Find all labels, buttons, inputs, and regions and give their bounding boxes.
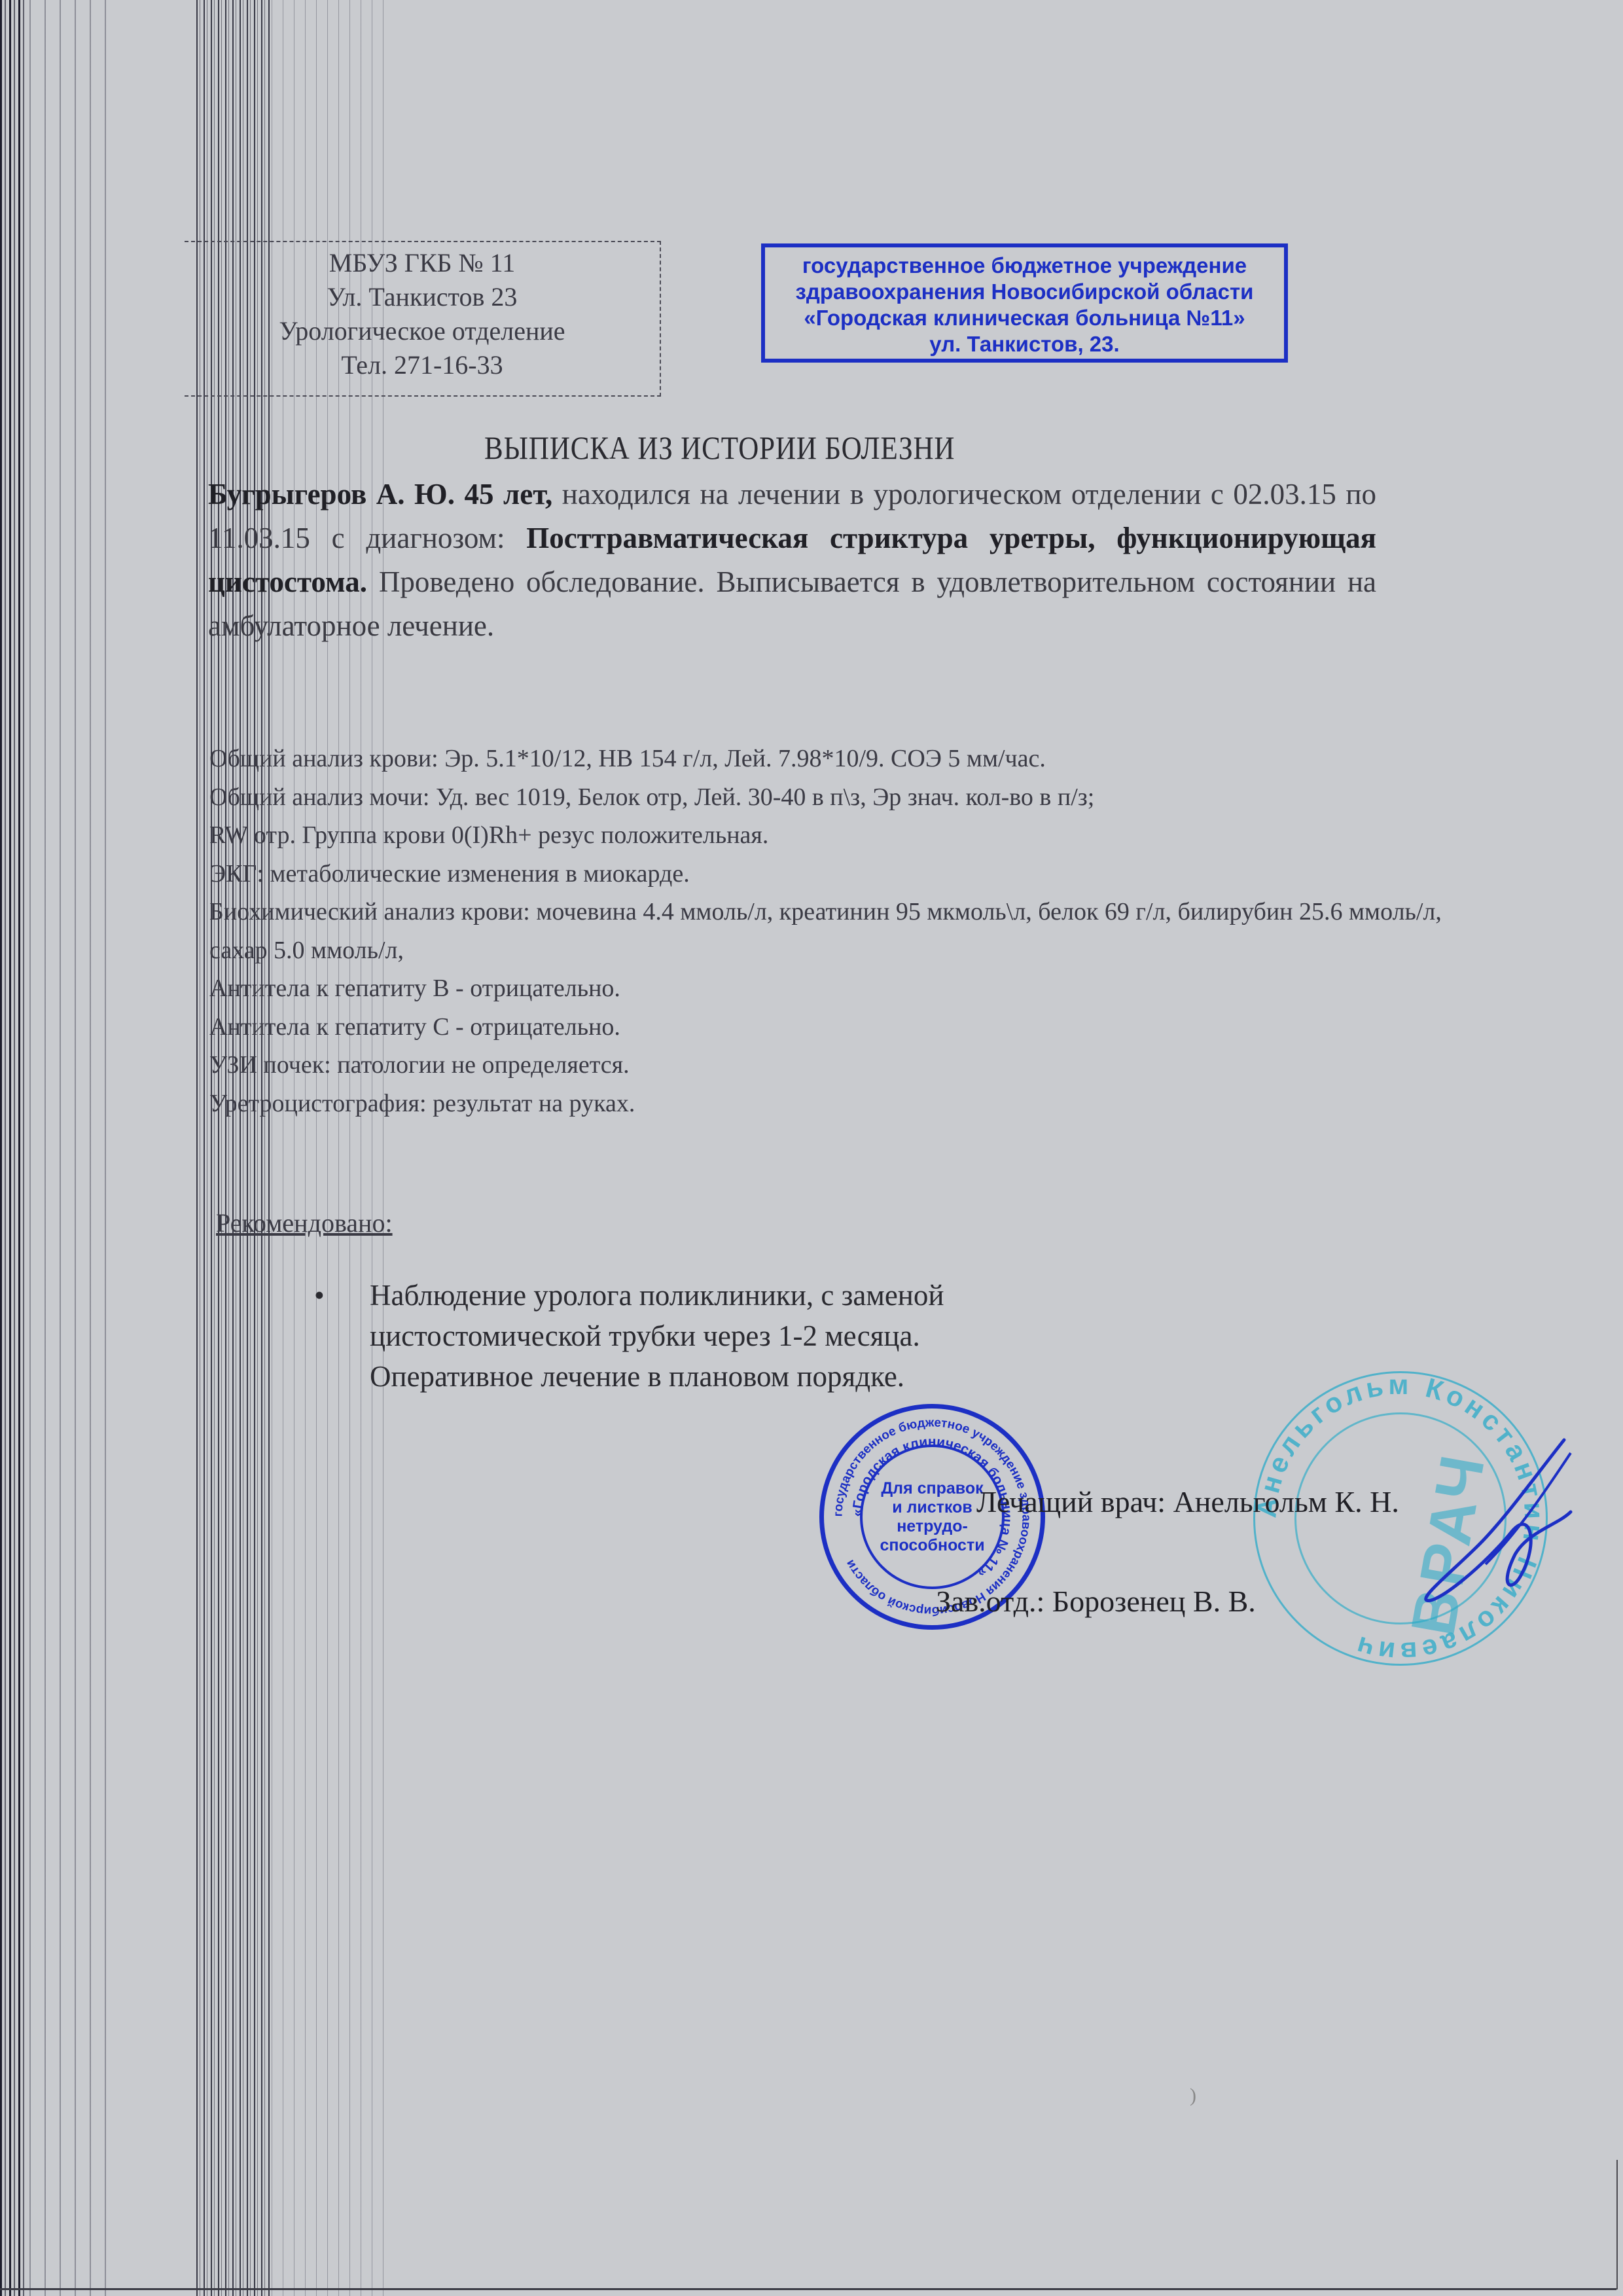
institution-stamp-line: ул. Танкистов, 23. [765,331,1284,357]
department-stamp: МБУЗ ГКБ № 11 Ул. Танкистов 23 Урологиче… [185,241,661,397]
document-title: ВЫПИСКА ИЗ ИСТОРИИ БОЛЕЗНИ [484,429,955,467]
recommendations-list: • Наблюдение уролога поликлиники, с заме… [314,1275,1165,1397]
stamp-center-line: и листков [880,1498,984,1517]
bullet-icon: • [314,1275,325,1316]
intro-paragraph: Бугрыгеров А. Ю. 45 лет, находился на ле… [208,473,1376,648]
recommendations-title: Рекомендовано: [216,1208,393,1238]
lab-line: ЭКГ: метаболические изменения в миокарде… [209,855,1505,893]
lab-line: Общий анализ крови: Эр. 5.1*10/12, НВ 15… [209,740,1505,778]
intro-text: Проведено обследование. Выписывается в у… [208,565,1376,642]
recommendation-text: цистостомической трубки через 1-2 месяца… [370,1319,920,1352]
page-edge [1616,2160,1618,2289]
scan-mark: ) [1190,2085,1196,2107]
department-head-signature-line: Зав.отд.: Борозенец В. В. [936,1584,1256,1619]
recommendation-item-continued: цистостомической трубки через 1-2 месяца… [314,1316,1165,1356]
lab-results: Общий анализ крови: Эр. 5.1*10/12, НВ 15… [209,740,1505,1122]
stamp-center-line: Для справок [880,1479,984,1498]
recommendation-item: Оперативное лечение в плановом порядке. [314,1356,1165,1397]
institution-stamp-line: государственное бюджетное учреждение [765,253,1284,279]
lab-line: Уретроцистография: результат на руках. [209,1085,1505,1123]
attending-doctor-signature-line: Лечащий врач: Анельгольм К. Н. [976,1484,1399,1519]
handwritten-signature-icon [1407,1433,1577,1630]
recommendation-item: • Наблюдение уролога поликлиники, с заме… [314,1275,1165,1316]
stamp-center-line: способности [880,1536,984,1555]
lab-line: Общий анализ мочи: Уд. вес 1019, Белок о… [209,778,1407,817]
department-stamp-line: Ул. Танкистов 23 [185,280,660,314]
department-stamp-line: Тел. 271-16-33 [185,348,660,382]
lab-line: RW отр. Группа крови 0(I)Rh+ резус полож… [209,816,1505,855]
stamp-center-line: нетрудо- [880,1517,984,1536]
lab-line: Антитела к гепатиту В - отрицательно. [209,969,1505,1008]
institution-stamp: государственное бюджетное учреждение здр… [761,243,1288,363]
recommendation-text: Оперативное лечение в плановом порядке. [370,1360,904,1393]
department-stamp-line: МБУЗ ГКБ № 11 [185,246,660,280]
lab-line: Антитела к гепатиту С - отрицательно. [209,1008,1505,1047]
department-stamp-line: Урологическое отделение [185,314,660,348]
institution-stamp-line: здравоохранения Новосибирской области [765,279,1284,305]
recommendation-text: Наблюдение уролога поликлиники, с замено… [370,1279,944,1312]
page-edge [0,2288,1616,2290]
lab-line: Биохимический анализ крови: мочевина 4.4… [209,893,1492,969]
lab-line: УЗИ почек: патологии не определяется. [209,1046,1505,1085]
institution-stamp-line: «Городская клиническая больница №11» [765,305,1284,331]
patient-name: Бугрыгеров А. Ю. 45 лет, [208,478,552,511]
